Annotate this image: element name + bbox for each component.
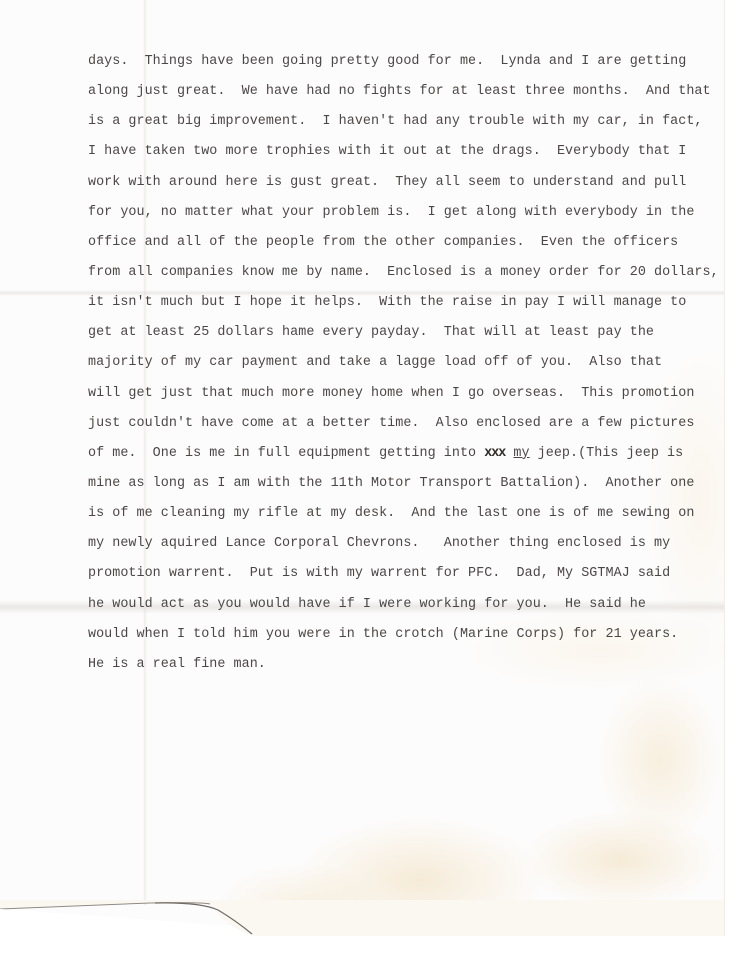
letter-line-with-correction: of me. One is me in full equipment getti…	[88, 444, 708, 474]
underlined-word: my	[513, 446, 529, 461]
letter-line: my newly aquired Lance Corporal Chevrons…	[88, 534, 708, 564]
torn-bottom-edge	[0, 900, 744, 969]
letter-line: He is a real fine man.	[88, 655, 708, 685]
letter-line: mine as long as I am with the 11th Motor…	[88, 474, 708, 504]
letter-line: will get just that much more money home …	[88, 384, 708, 414]
letter-line: work with around here is gust great. The…	[88, 173, 708, 203]
letter-line: from all companies know me by name. Encl…	[88, 263, 708, 293]
page-right-edge	[724, 0, 744, 969]
letter-line: along just great. We have had no fights …	[88, 82, 708, 112]
overtyped-correction: xxx	[484, 446, 505, 461]
letter-line: get at least 25 dollars hame every payda…	[88, 323, 708, 353]
letter-line: just couldn't have come at a better time…	[88, 414, 708, 444]
letter-line: office and all of the people from the ot…	[88, 233, 708, 263]
line-text-after-correction: jeep.(This jeep is	[530, 446, 684, 461]
line-text-before-correction: of me. One is me in full equipment getti…	[88, 446, 484, 461]
letter-line: for you, no matter what your problem is.…	[88, 203, 708, 233]
letter-line: majority of my car payment and take a la…	[88, 353, 708, 383]
letter-line: I have taken two more trophies with it o…	[88, 142, 708, 172]
letter-sheet: days. Things have been going pretty good…	[0, 0, 724, 936]
letter-line: is of me cleaning my rifle at my desk. A…	[88, 504, 708, 534]
letter-line: is a great big improvement. I haven't ha…	[88, 112, 708, 142]
letter-line: promotion warrent. Put is with my warren…	[88, 564, 708, 594]
letter-line: he would act as you would have if I were…	[88, 595, 708, 625]
letter-line: days. Things have been going pretty good…	[88, 52, 708, 82]
letter-line: would when I told him you were in the cr…	[88, 625, 708, 655]
letter-line: it isn't much but I hope it helps. With …	[88, 293, 708, 323]
letter-body: days. Things have been going pretty good…	[88, 52, 708, 685]
